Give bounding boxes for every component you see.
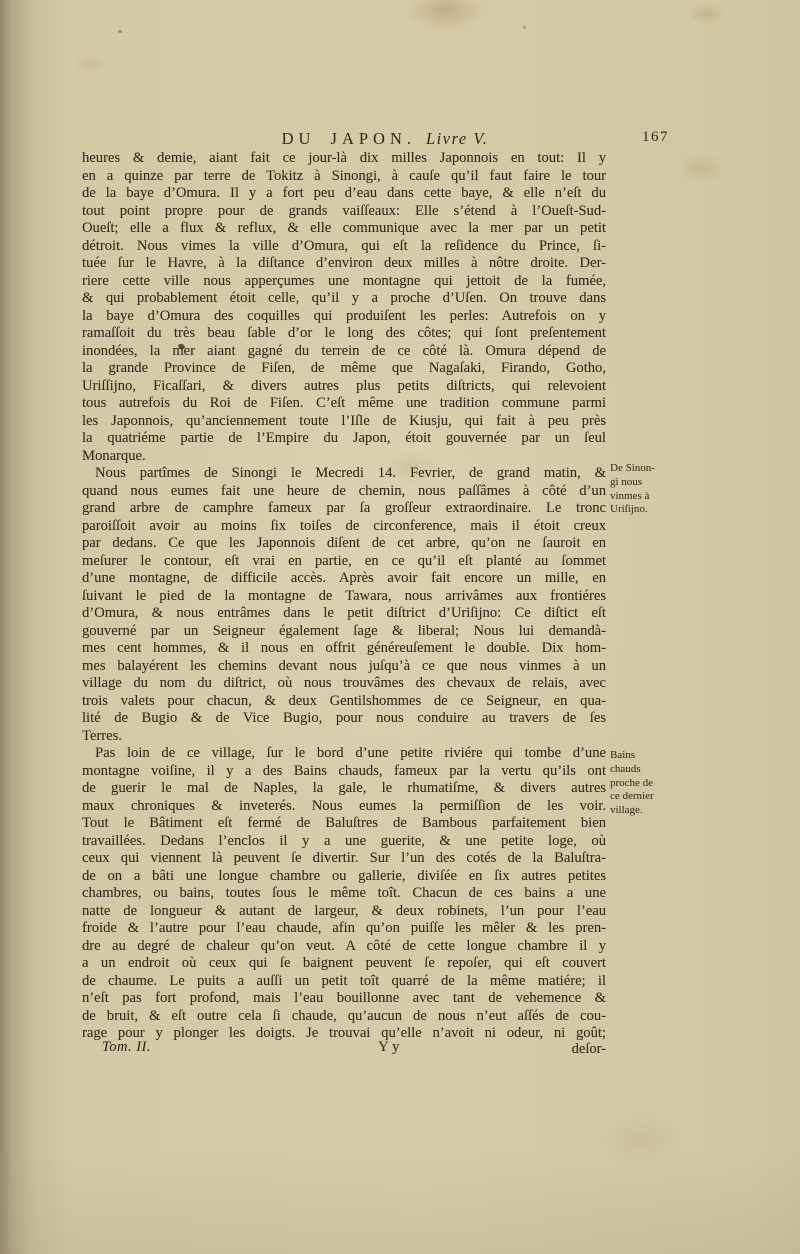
text-line: tous autrefois du Roi de Fiſen. C’eſt mê…	[82, 395, 606, 413]
text-line: d’une montagne, de difficile accès. Aprè…	[82, 570, 606, 588]
text-line: de la baye d’Omura. Il y a fort peu d’ea…	[82, 185, 606, 203]
text-line: la grande Province de Fiſen, de même que…	[82, 360, 606, 378]
text-line: & qui probablement étoit celle, qu’il y …	[82, 290, 606, 308]
text-line: de on a bâti une longue chambre ou galle…	[82, 868, 606, 886]
text-line: ceux qui viennent là peuvent ſe divertir…	[82, 850, 606, 868]
text-line: rage pour y plonger les doigts. Je trouv…	[82, 1025, 606, 1043]
text-line: chambres, ou bains, toutes ſous le même …	[82, 885, 606, 903]
text-line: Bains	[610, 749, 700, 763]
text-line: n’eſt pas fort profond, mais l’eau bouil…	[82, 990, 606, 1008]
text-line: de chaume. Le puits a auſſi un petit toî…	[82, 973, 606, 991]
text-line: maux chroniques & inveterés. Nous eumes …	[82, 798, 606, 816]
ink-speck	[523, 26, 526, 29]
text-line: natte de longueur & autant de largeur, &…	[82, 903, 606, 921]
volume-label: Tom. II.	[102, 1039, 151, 1056]
book-title: Livre V.	[426, 129, 488, 148]
text-line: quand nous eumes fait une heure de chemi…	[82, 483, 606, 501]
text-line: chauds	[610, 763, 700, 777]
text-line: Terres.	[82, 728, 606, 746]
text-line: dre au degré de chaleur qu’on veut. A cô…	[82, 938, 606, 956]
text-line: paroiſſoit avoir au moins ſix toiſes de …	[82, 518, 606, 536]
text-line: tuée ſur le Havre, à la diſtance d’envir…	[82, 255, 606, 273]
text-line: la quatriéme partie de l’Empire du Japon…	[82, 430, 606, 448]
signature-mark: Y y	[378, 1039, 400, 1056]
text-line: grand arbre de camphre fameux par ſa gro…	[82, 500, 606, 518]
text-line: montagne voiſine, il y a des Bains chaud…	[82, 763, 606, 781]
text-line: gouverné par un Seigneur également ſage …	[82, 623, 606, 641]
text-line: Uriſſijno, Ficaſſari, & divers autres pl…	[82, 378, 606, 396]
text-line: ſuivant le pied de la montagne de Tawara…	[82, 588, 606, 606]
text-line: détroit. Nous vimes la ville d’Omura, qu…	[82, 238, 606, 256]
text-line: Pas loin de ce village, ſur le bord d’un…	[82, 745, 606, 763]
text-line: lité de Bugio & de Vice Bugio, pour nous…	[82, 710, 606, 728]
text-line: a un endroit où ceux qui ſe baignent peu…	[82, 955, 606, 973]
margin-note-bains: Bainschaudsproche dece derniervillage.	[610, 749, 700, 818]
text-line: heures & demie, aiant fait ce jour-là di…	[82, 150, 606, 168]
text-line: village du nom du diſtrict, où nous trou…	[82, 675, 606, 693]
text-line: de bruit, & eſt outre cela ſi chaude, qu…	[82, 1008, 606, 1026]
text-line: la baye d’Omura des coquilles qui produi…	[82, 308, 606, 326]
text-line: ce dernier	[610, 790, 700, 804]
text-line: travaillées. Dedans l’enclos il y a une …	[82, 833, 606, 851]
margin-note-sinongi: De Sinon-gi nousvinmes àUriſijno.	[610, 462, 700, 517]
text-line: mes cent hommes, & il nous en offrit gén…	[82, 640, 606, 658]
text-line: De Sinon-	[610, 462, 700, 476]
paragraph-3: Pas loin de ce village, ſur le bord d’un…	[82, 745, 606, 1043]
text-line: meſurer le contour, eſt vrai en partie, …	[82, 553, 606, 571]
paragraph-2: Nous partîmes de Sinongi le Mecredi 14. …	[82, 465, 606, 745]
text-line: par dedans. Ce que les Japonnois diſent …	[82, 535, 606, 553]
text-line: ramaſſoit du très beau ſable d’or le lon…	[82, 325, 606, 343]
text-line: village.	[610, 804, 700, 818]
text-line: Monarque.	[82, 448, 606, 466]
text-line: Oueſt; elle a flux & reflux, & elle comm…	[82, 220, 606, 238]
page-number: 167	[642, 129, 682, 146]
text-line: de guerir le mal de Naples, la gale, le …	[82, 780, 606, 798]
text-line: froide & l’autre pour l’eau chaude, afin…	[82, 920, 606, 938]
text-line: mes balayérent les chemins devant nous j…	[82, 658, 606, 676]
ink-speck	[118, 30, 122, 33]
text-line: Tout le Bâtiment eſt fermé de Baluſtres …	[82, 815, 606, 833]
text-line: tout point propre pour de grands vaiſſea…	[82, 203, 606, 221]
text-line: Nous partîmes de Sinongi le Mecredi 14. …	[82, 465, 606, 483]
text-line: riere cette ville nous apperçumes une mo…	[82, 273, 606, 291]
catchword: deſor-	[506, 1041, 606, 1058]
text-line: gi nous	[610, 476, 700, 490]
text-line: d’Omura, & nous entrâmes dans le petit d…	[82, 605, 606, 623]
text-block: heures & demie, aiant fait ce jour-là di…	[82, 150, 606, 1043]
paragraph-1: heures & demie, aiant fait ce jour-là di…	[82, 150, 606, 465]
text-line: trois valets pour chacun, & deux Gentils…	[82, 693, 606, 711]
text-line: proche de	[610, 777, 700, 791]
text-line: les Japonnois, qu’anciennement toute l’I…	[82, 413, 606, 431]
page-header: DU JAPON.Livre V.	[120, 129, 650, 149]
text-line: vinmes à	[610, 490, 700, 504]
text-line: inondées, la mer aiant gagné du terrein …	[82, 343, 606, 361]
text-line: en a quinze par terre de Tokitz à Sinong…	[82, 168, 606, 186]
book-page: DU JAPON.Livre V. 167 heures & demie, ai…	[0, 0, 800, 1254]
running-title: DU JAPON.	[282, 129, 416, 148]
text-line: Uriſijno.	[610, 503, 700, 517]
